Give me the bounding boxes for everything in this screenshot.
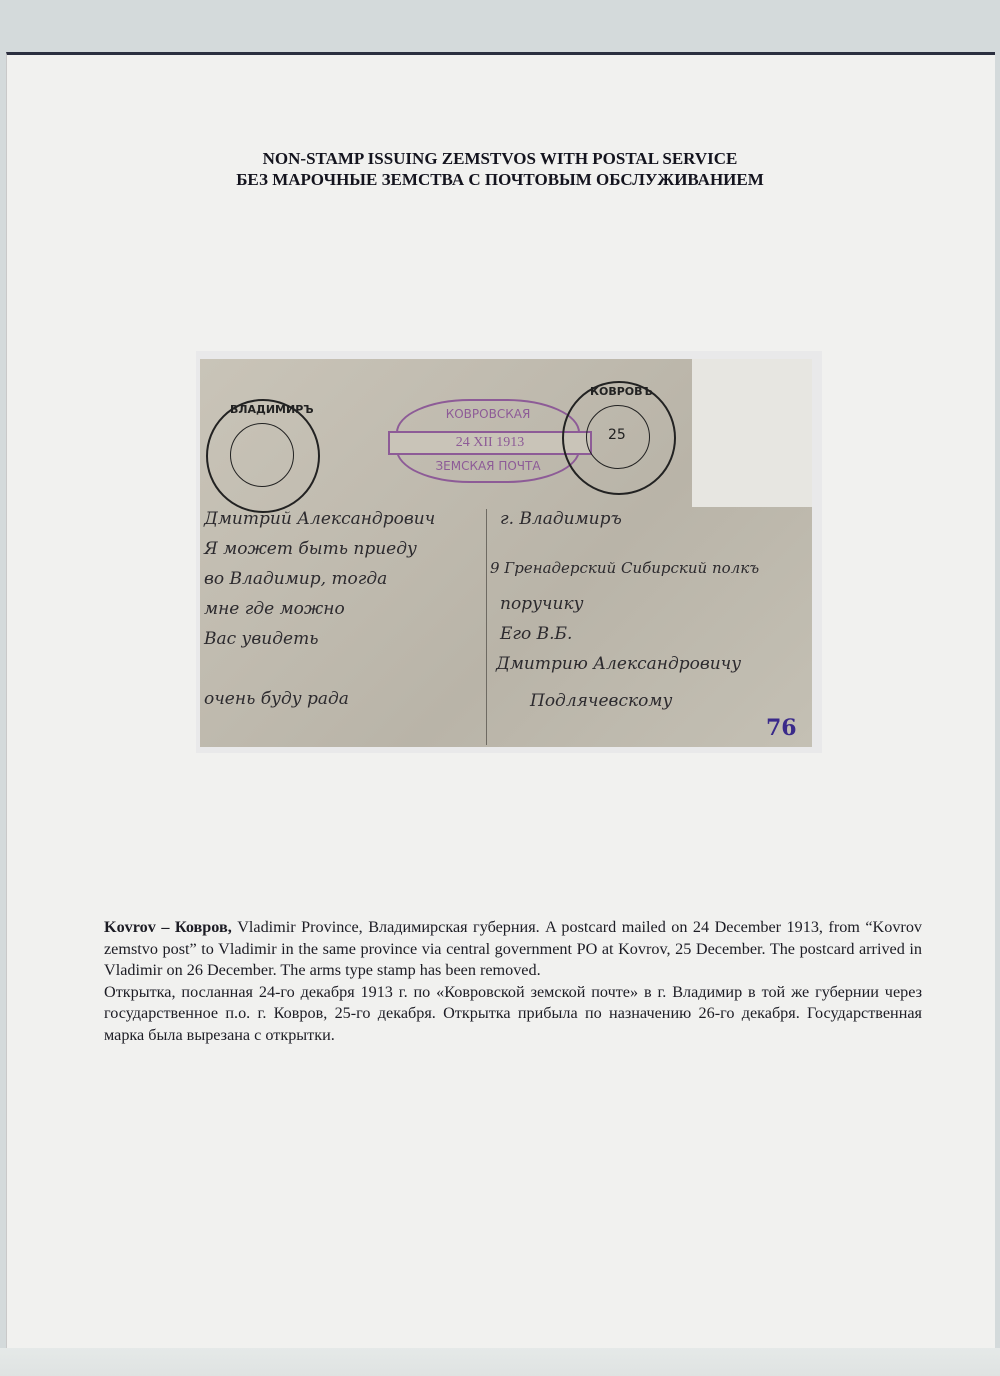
address-line-6: Подлячевскому [530, 691, 672, 711]
description-russian: Открытка, посланная 24-го декабря 1913 г… [104, 982, 922, 1047]
postcard-divider [486, 509, 487, 745]
postmark-right-text: КОВРОВЪ [590, 385, 653, 398]
postmark-inner-ring [230, 423, 294, 487]
address-line-5: Дмитрию Александровичу [496, 654, 741, 674]
page-bottom-edge [0, 1348, 1000, 1376]
postmark-kovrov: КОВРОВЪ 25 [562, 381, 676, 495]
description-english: Kovrov – Ковров, Vladimir Province, Влад… [104, 917, 922, 982]
removed-stamp-area [692, 359, 812, 507]
handwriting-left-1: Дмитрий Александрович [204, 509, 435, 529]
handwriting-left-2: Я может быть приеду [204, 539, 417, 559]
address-line-3: поручику [500, 594, 583, 614]
postmark-vladimir: ВЛАДИМИРЪ [206, 399, 320, 513]
handwriting-left-5: Вас увидеть [204, 629, 318, 649]
title-russian: БЕЗ МАРОЧНЫЕ ЗЕМСТВА С ПОЧТОВЫМ ОБСЛУЖИВ… [0, 169, 1000, 190]
cachet-top-text: КОВРОВСКАЯ [398, 407, 578, 421]
address-line-2: 9 Гренадерский Сибирский полкъ [490, 559, 759, 577]
postcard: ВЛАДИМИРЪ КОВРОВСКАЯ 24 XII 1913 ЗЕМСКАЯ… [200, 359, 812, 747]
handwriting-left-3: во Владимир, тогда [204, 569, 387, 589]
page-title: NON-STAMP ISSUING ZEMSTVOS WITH POSTAL S… [0, 148, 1000, 190]
cachet-bottom-text: ЗЕМСКАЯ ПОЧТА [398, 459, 578, 473]
title-english: NON-STAMP ISSUING ZEMSTVOS WITH POSTAL S… [0, 148, 1000, 169]
zemstvo-cachet: КОВРОВСКАЯ 24 XII 1913 ЗЕМСКАЯ ПОЧТА [396, 399, 580, 483]
address-line-4: Его В.Б. [500, 624, 572, 644]
description: Kovrov – Ковров, Vladimir Province, Влад… [104, 917, 922, 1046]
postmark-left-text: ВЛАДИМИРЪ [230, 403, 314, 416]
handwriting-left-6: очень буду рада [204, 689, 349, 709]
postmark-right-date: 25 [608, 427, 626, 443]
postcard-mount: ВЛАДИМИРЪ КОВРОВСКАЯ 24 XII 1913 ЗЕМСКАЯ… [196, 351, 822, 753]
handwriting-left-4: мне где можно [204, 599, 345, 619]
pencil-mark: 76 [766, 715, 797, 741]
address-line-1: г. Владимиръ [500, 509, 622, 529]
description-place: Kovrov – Ковров, [104, 918, 232, 936]
